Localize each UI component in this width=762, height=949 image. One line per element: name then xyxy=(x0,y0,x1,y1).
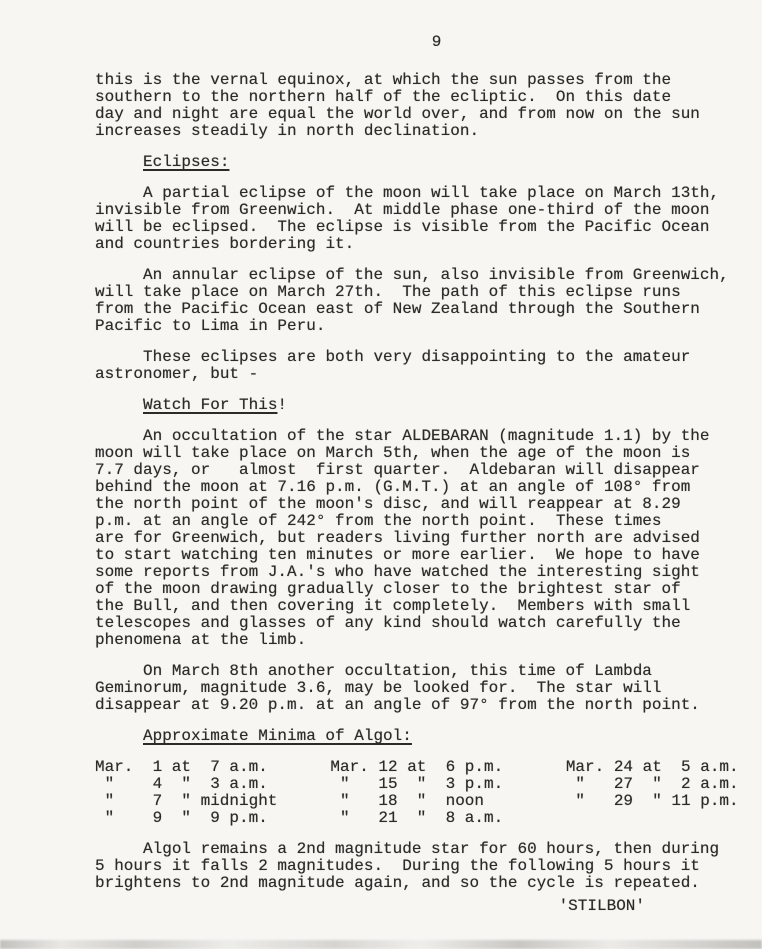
cell-time: 5 a.m. xyxy=(671,759,748,776)
paragraph-lambda-geminorum: On March 8th another occultation, this t… xyxy=(95,663,742,714)
cell-day: 7 xyxy=(143,793,162,810)
cell-at: " xyxy=(643,793,662,810)
cell-month: " xyxy=(566,776,604,793)
cell-day: 27 xyxy=(614,776,633,793)
algol-minima-table: Mar. 1at 7 a.m. " 4 " 3 a.m. " 7 "midnig… xyxy=(95,759,742,827)
cell-day: 4 xyxy=(143,776,162,793)
paragraph-aldebaran-occultation: An occultation of the star ALDEBARAN (ma… xyxy=(95,428,742,649)
table-row: " 4 " 3 a.m. xyxy=(95,776,277,793)
cell-month: Mar. xyxy=(566,759,604,776)
cell-time: noon xyxy=(436,793,513,810)
algol-table-column-3: Mar.24at 5 a.m. "27 " 2 a.m. "29 "11 p.m… xyxy=(566,759,748,827)
cell-time: 9 p.m. xyxy=(201,810,278,827)
paragraph-algol-summary: Algol remains a 2nd magnitude star for 6… xyxy=(95,841,742,892)
cell-time: 6 p.m. xyxy=(436,759,513,776)
cell-at: at xyxy=(172,759,191,776)
cell-month: " xyxy=(95,793,133,810)
algol-table-column-2: Mar.12at 6 p.m. "15 " 3 p.m. "18 " noon … xyxy=(330,759,512,827)
paragraph-lunar-eclipse: A partial eclipse of the moon will take … xyxy=(95,185,742,253)
cell-time: 3 a.m. xyxy=(201,776,278,793)
cell-at: at xyxy=(643,759,662,776)
paragraph-solar-eclipse: An annular eclipse of the sun, also invi… xyxy=(95,267,742,335)
page-number: 9 xyxy=(113,34,760,51)
cell-day: 15 xyxy=(378,776,397,793)
cell-month: " xyxy=(95,810,133,827)
table-row: " 7 "midnight xyxy=(95,793,277,810)
cell-time: 11 p.m. xyxy=(671,793,748,810)
cell-at: at xyxy=(407,759,426,776)
cell-day: 29 xyxy=(614,793,633,810)
table-row: "15 " 3 p.m. xyxy=(330,776,512,793)
cell-time: 3 p.m. xyxy=(436,776,513,793)
cell-at: " xyxy=(172,810,191,827)
cell-month: " xyxy=(330,810,368,827)
algol-table-column-1: Mar. 1at 7 a.m. " 4 " 3 a.m. " 7 "midnig… xyxy=(95,759,277,827)
cell-day: 1 xyxy=(143,759,162,776)
cell-day: 9 xyxy=(143,810,162,827)
paragraph-vernal-equinox: this is the vernal equinox, at which the… xyxy=(95,72,742,140)
cell-at: " xyxy=(407,810,426,827)
table-row: Mar.12at 6 p.m. xyxy=(330,759,512,776)
cell-month: Mar. xyxy=(330,759,368,776)
cell-day: 12 xyxy=(378,759,397,776)
cell-time: midnight xyxy=(201,793,278,810)
cell-month: Mar. xyxy=(95,759,133,776)
heading-algol-minima: Approximate Minima of Algol: xyxy=(143,728,742,745)
cell-month: " xyxy=(330,776,368,793)
table-row: "27 " 2 a.m. xyxy=(566,776,748,793)
document-page: 9 this is the vernal equinox, at which t… xyxy=(0,0,762,949)
table-row: " 9 " 9 p.m. xyxy=(95,810,277,827)
cell-at: " xyxy=(172,776,191,793)
heading-watch-exclamation: ! xyxy=(277,396,287,414)
cell-time: 8 a.m. xyxy=(436,810,513,827)
cell-month: " xyxy=(95,776,133,793)
table-row: "18 " noon xyxy=(330,793,512,810)
cell-at: " xyxy=(643,776,662,793)
table-row: Mar. 1at 7 a.m. xyxy=(95,759,277,776)
table-row: "29 "11 p.m. xyxy=(566,793,748,810)
cell-time: 7 a.m. xyxy=(201,759,278,776)
author-signature: 'STILBON' xyxy=(95,898,645,915)
table-row: Mar.24at 5 a.m. xyxy=(566,759,748,776)
cell-time: 2 a.m. xyxy=(671,776,748,793)
heading-algol-text: Approximate Minima of Algol: xyxy=(143,727,412,745)
table-row: "21 " 8 a.m. xyxy=(330,810,512,827)
paragraph-disappointing: These eclipses are both very disappointi… xyxy=(95,349,742,383)
cell-at: " xyxy=(407,793,426,810)
heading-watch-for-this: Watch For This! xyxy=(143,397,742,414)
heading-eclipses-text: Eclipses: xyxy=(143,153,229,171)
cell-month: " xyxy=(566,793,604,810)
scan-edge-artifact xyxy=(0,940,762,949)
cell-day: 21 xyxy=(378,810,397,827)
heading-eclipses: Eclipses: xyxy=(143,154,742,171)
cell-month: " xyxy=(330,793,368,810)
cell-day: 24 xyxy=(614,759,633,776)
heading-watch-text: Watch For This xyxy=(143,396,277,414)
cell-at: " xyxy=(407,776,426,793)
cell-day: 18 xyxy=(378,793,397,810)
cell-at: " xyxy=(172,793,191,810)
